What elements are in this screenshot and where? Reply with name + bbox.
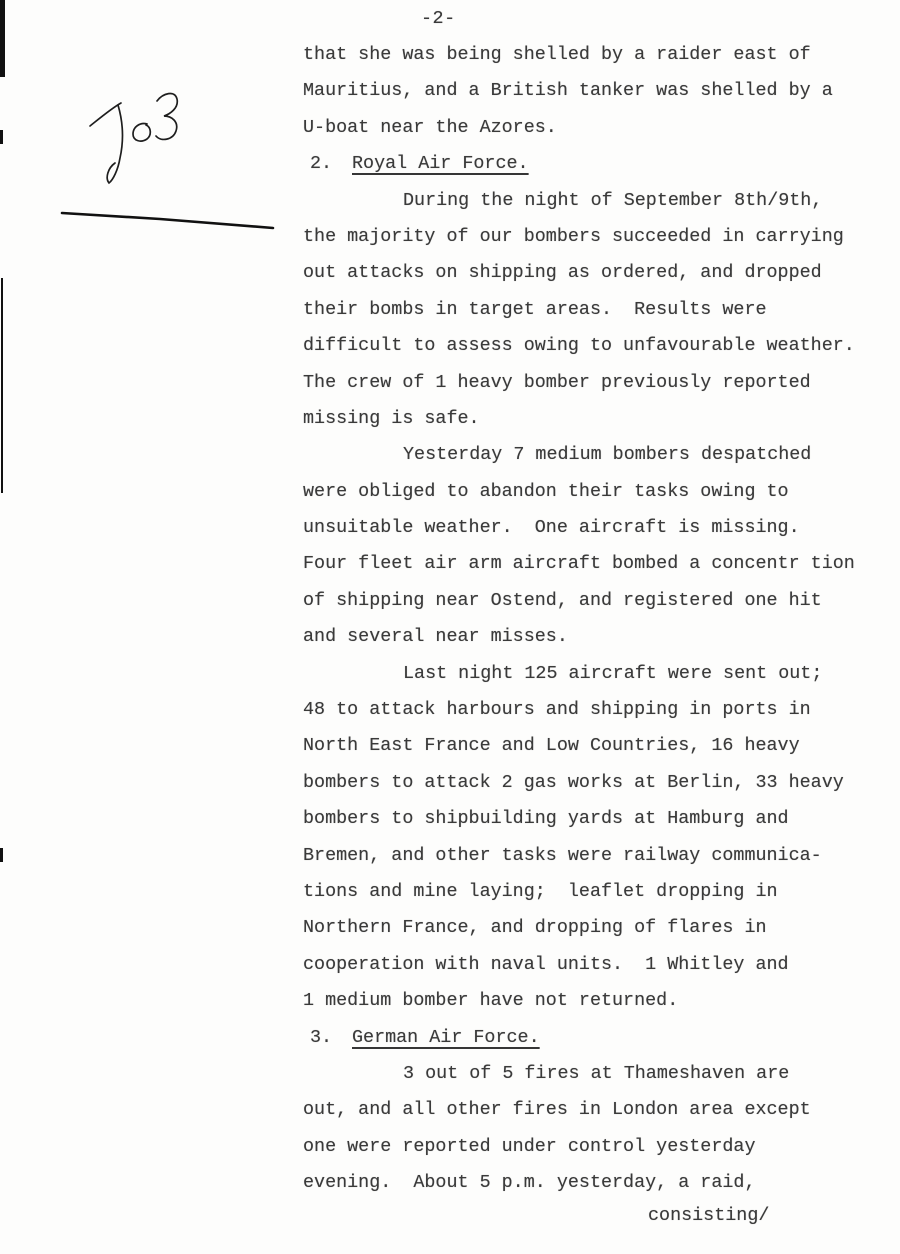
scan-artifact [0, 130, 3, 144]
body-line: that she was being shelled by a raider e… [303, 37, 878, 73]
scan-artifact [0, 0, 5, 77]
body-line: Northern France, and dropping of flares … [303, 910, 878, 946]
body-line: Last night 125 aircraft were sent out; [303, 656, 878, 692]
section-heading-raf: 2.Royal Air Force. [303, 146, 878, 182]
section-number: 2. [303, 146, 352, 182]
body-line: Bremen, and other tasks were railway com… [303, 838, 878, 874]
body-line: one were reported under control yesterda… [303, 1129, 878, 1165]
body-line: 48 to attack harbours and shipping in po… [303, 692, 878, 728]
document-page: -2- that she was being shelled by a raid… [0, 0, 900, 1254]
scan-artifact [0, 848, 3, 862]
body-line: out attacks on shipping as ordered, and … [303, 255, 878, 291]
body-line: 1 medium bomber have not returned. [303, 983, 878, 1019]
body-line: difficult to assess owing to unfavourabl… [303, 328, 878, 364]
body-line: their bombs in target areas. Results wer… [303, 292, 878, 328]
handwritten-mark [90, 93, 177, 183]
section-heading-gaf: 3.German Air Force. [303, 1020, 878, 1056]
body-line: North East France and Low Countries, 16 … [303, 728, 878, 764]
body-line: 3 out of 5 fires at Thameshaven are [303, 1056, 878, 1092]
body-line: tions and mine laying; leaflet dropping … [303, 874, 878, 910]
body-line: unsuitable weather. One aircraft is miss… [303, 510, 878, 546]
body-line: the majority of our bombers succeeded in… [303, 219, 878, 255]
body-line: evening. About 5 p.m. yesterday, a raid, [303, 1165, 878, 1201]
body-line: During the night of September 8th/9th, [303, 183, 878, 219]
body-line: U-boat near the Azores. [303, 110, 878, 146]
body-text: that she was being shelled by a raider e… [303, 37, 878, 1202]
page-number: -2- [421, 8, 456, 29]
body-line: missing is safe. [303, 401, 878, 437]
section-title: German Air Force. [352, 1020, 540, 1056]
catchword: consisting/ [648, 1202, 769, 1230]
body-line: Yesterday 7 medium bombers despatched [303, 437, 878, 473]
scan-artifact [1, 278, 3, 493]
body-line: of shipping near Ostend, and registered … [303, 583, 878, 619]
body-line: out, and all other fires in London area … [303, 1092, 878, 1128]
body-line: cooperation with naval units. 1 Whitley … [303, 947, 878, 983]
section-title: Royal Air Force. [352, 146, 529, 182]
body-line: were obliged to abandon their tasks owin… [303, 474, 878, 510]
body-line: and several near misses. [303, 619, 878, 655]
section-number: 3. [303, 1020, 352, 1056]
body-line: The crew of 1 heavy bomber previously re… [303, 365, 878, 401]
body-line: Mauritius, and a British tanker was shel… [303, 73, 878, 109]
handwritten-underline [62, 213, 273, 228]
body-line: bombers to shipbuilding yards at Hamburg… [303, 801, 878, 837]
body-line: bombers to attack 2 gas works at Berlin,… [303, 765, 878, 801]
body-line: Four fleet air arm aircraft bombed a con… [303, 546, 878, 582]
